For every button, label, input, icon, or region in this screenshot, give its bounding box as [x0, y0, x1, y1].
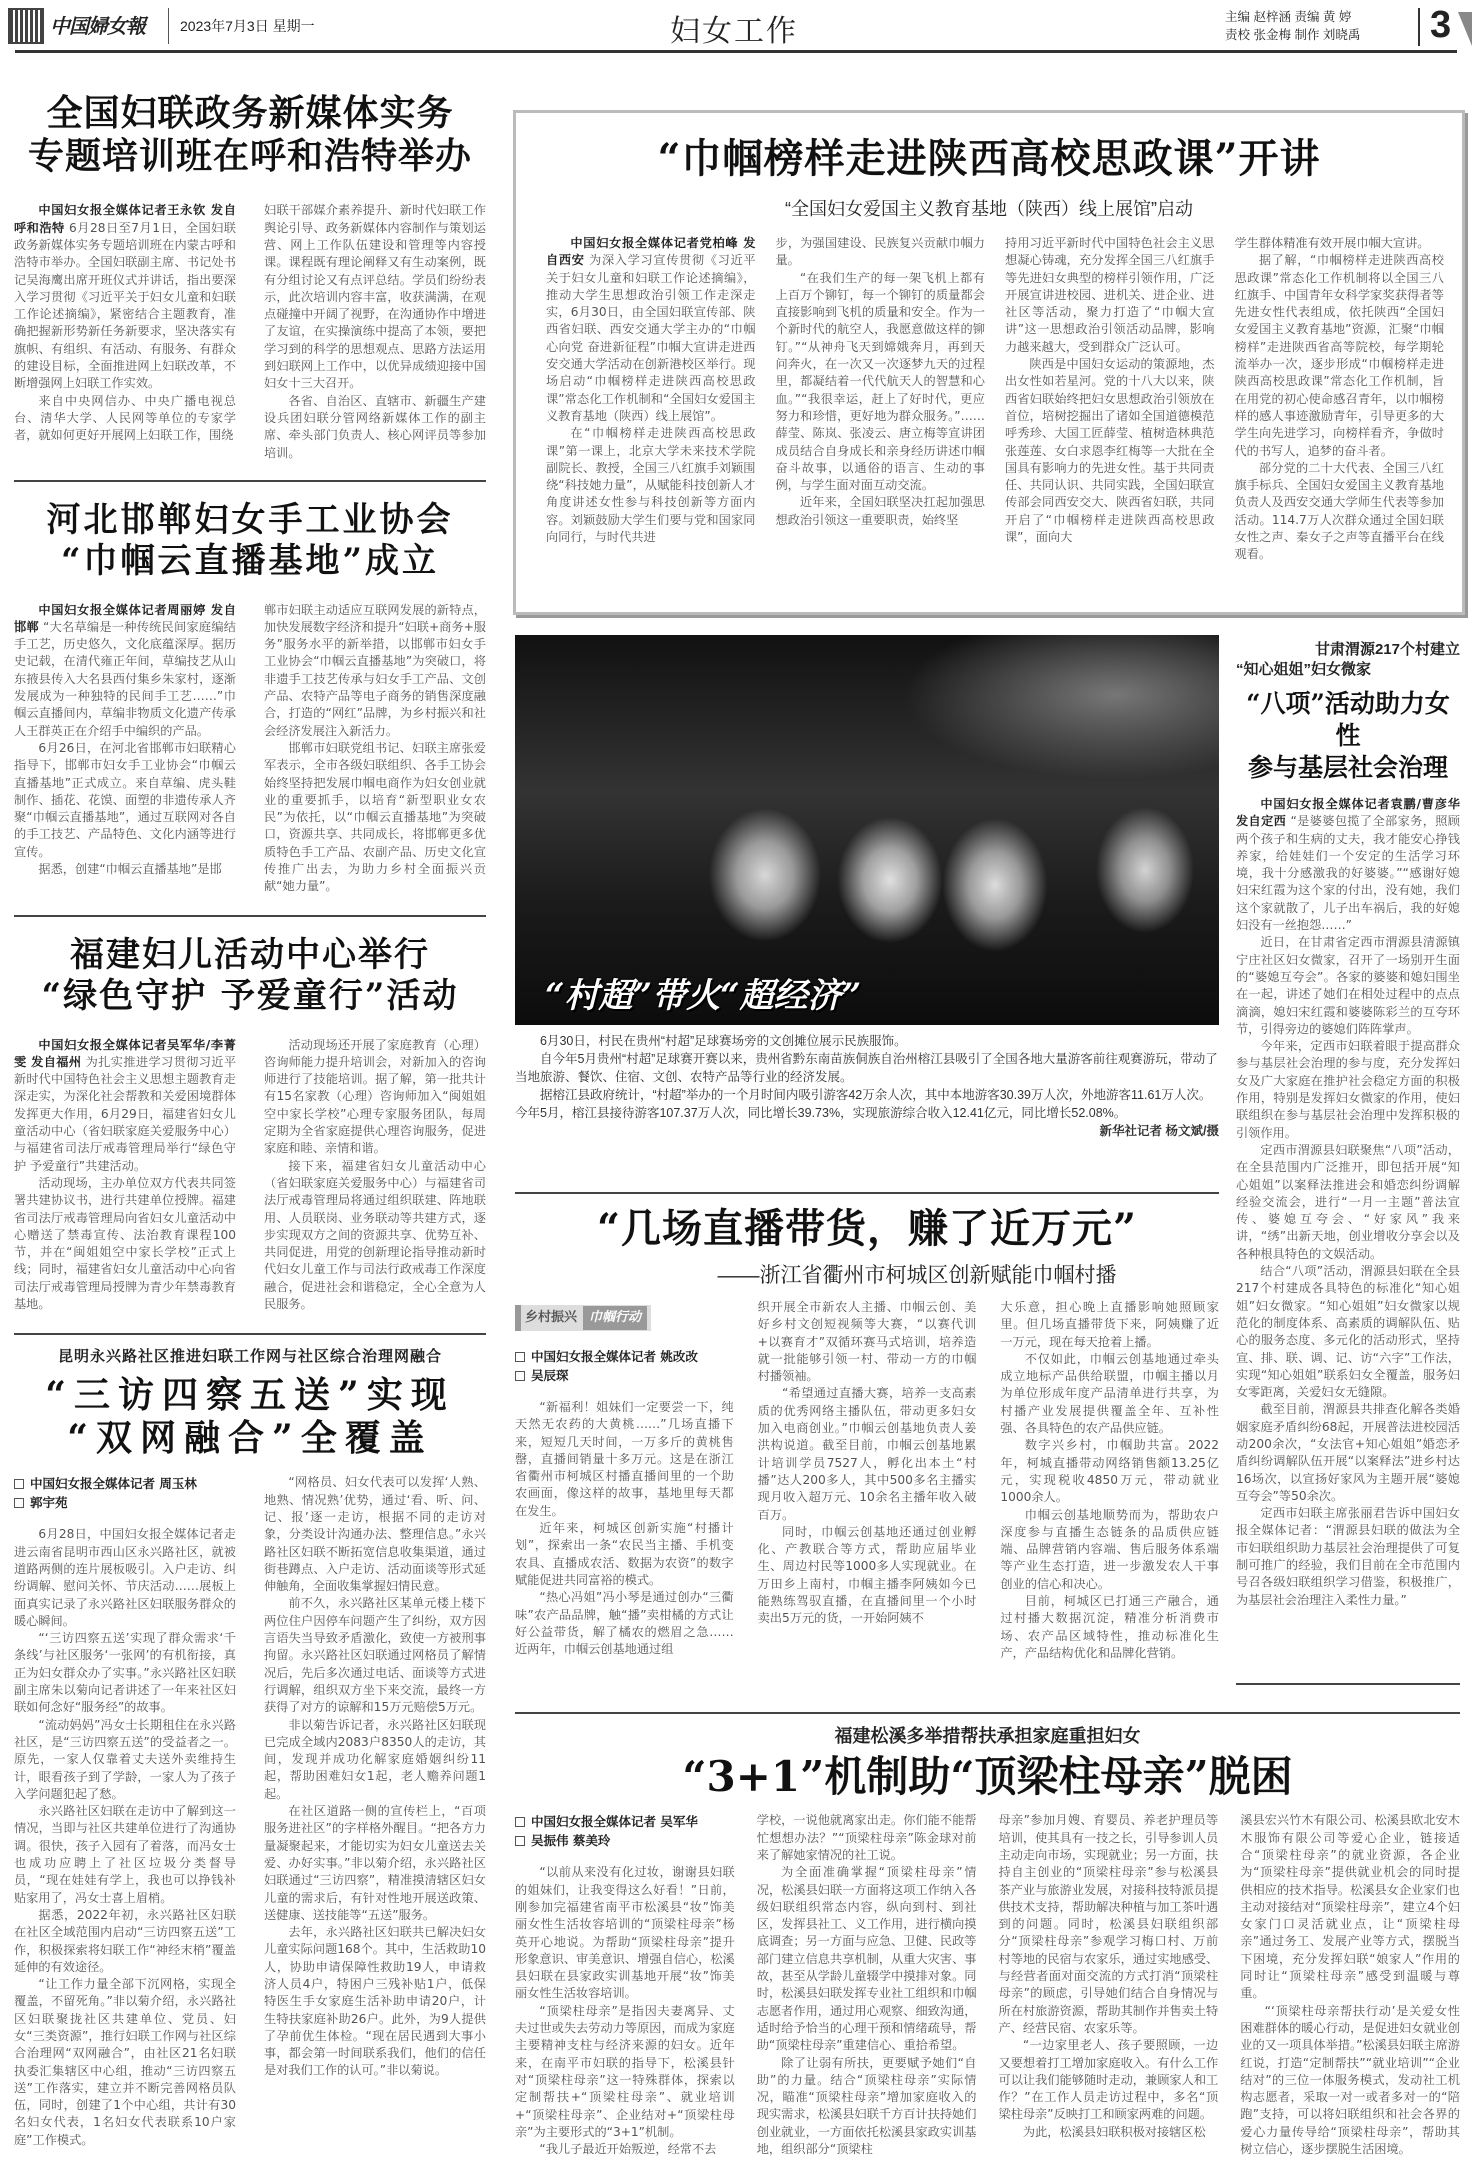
article-body: 中国妇女报全媒体记者袁鹏/曹彦华 发自定西 “是婆婆包揽了全部家务，照顾两个孩子… [1236, 796, 1460, 1609]
article-songxi-pillar-mothers: 福建松溪多举措帮扶承担家庭重担妇女 “3+1”机制助“顶梁柱母亲”脱困 中国妇女… [515, 1722, 1460, 2158]
section-divider [14, 1333, 486, 1335]
article-body: 中国妇女报全媒体记者王永钦 发自呼和浩特 6月28日至7月1日，全国妇联政务新媒… [14, 202, 486, 461]
issue-date: 2023年7月3日 星期一 [180, 16, 315, 36]
masthead-rule [15, 50, 1457, 53]
byline: 中国妇女报全媒体记者 吴军华 [515, 1812, 735, 1831]
headline: 河北邯郸妇女手工业协会 “巾帼云直播基地”成立 [14, 500, 486, 582]
section-divider [515, 1192, 1219, 1194]
byline: 中国妇女报全媒体记者 周玉林 [14, 1474, 236, 1493]
divider [168, 8, 169, 44]
photo-headline: “村超”带火“超经济” [545, 968, 861, 1017]
article-women-federation-media-training: 全国妇联政务新媒体实务 专题培训班在呼和浩特举办 中国妇女报全媒体记者王永钦 发… [14, 92, 486, 462]
headline: “三访四察五送”实现 “双网融合”全覆盖 [14, 1374, 486, 1460]
byline: 吴辰琛 [515, 1366, 734, 1385]
byline: 吴振伟 蔡美玲 [515, 1831, 735, 1850]
section-title: 妇女工作 [670, 6, 798, 50]
article-body: 中国妇女报全媒体记者党柏峰 发自西安 为深入学习宣传贯彻《习近平关于妇女儿童和妇… [516, 221, 1462, 564]
photo-credit: 新华社记者 杨文斌/摄 [515, 1122, 1219, 1140]
headline: 全国妇联政务新媒体实务 专题培训班在呼和浩特举办 [14, 92, 486, 178]
kicker: 甘肃渭源217个村建立 “知心姐姐”妇女微家 [1236, 640, 1460, 680]
village-super-league-photo: “村超”带火“超经济” [515, 635, 1219, 1025]
divider [1418, 8, 1420, 46]
headline: “巾帼榜样走进陕西高校思政课”开讲 [516, 135, 1462, 183]
article-handan-livestream-base: 河北邯郸妇女手工业协会 “巾帼云直播基地”成立 中国妇女报全媒体记者周丽婷 发自… [14, 500, 486, 896]
section-divider [1236, 1683, 1460, 1685]
article-quzhou-livestream: “几场直播带货，赚了近万元” ——浙江省衢州市柯城区创新赋能巾帼村播 乡村振兴 … [515, 1205, 1219, 1662]
kicker: 福建松溪多举措帮扶承担家庭重担妇女 [515, 1722, 1460, 1748]
article-body: 乡村振兴 巾帼行动 中国妇女报全媒体记者 姚改改 吴辰琛 “新福利！姐妹们一定要… [515, 1299, 1219, 1662]
article-body: 中国妇女报全媒体记者吴军华/李菁雯 发自福州 为扎实推进学习贯彻习近平新时代中国… [14, 1037, 486, 1314]
corner-triangle-icon [1458, 12, 1472, 46]
photo-caption: 6月30日，村民在贵州“村超”足球赛场旁的文创摊位展示民族服饰。 自今年5月贵州… [515, 1032, 1219, 1140]
article-body: 中国妇女报全媒体记者 吴军华 吴振伟 蔡美玲 “以前从来没有化过妆，谢谢县妇联的… [515, 1812, 1460, 2158]
section-divider [14, 915, 486, 917]
page-number: 3 [1430, 4, 1451, 47]
headline: “八项”活动助力女性 参与基层社会治理 [1236, 688, 1460, 784]
subheadline: “全国妇女爱国主义教育基地（陕西）线上展馆”启动 [516, 195, 1462, 221]
newspaper-logo: 中国婦女報 [50, 10, 145, 39]
section-divider [515, 1712, 1460, 1714]
headline: 福建妇儿活动中心举行 “绿色守护 予爱童行”活动 [14, 935, 486, 1017]
headline: “几场直播带货，赚了近万元” [515, 1205, 1219, 1253]
article-fujian-children-center: 福建妇儿活动中心举行 “绿色守护 予爱童行”活动 中国妇女报全媒体记者吴军华/李… [14, 935, 486, 1313]
article-body: 中国妇女报全媒体记者周丽婷 发自邯郸 “大名草编是一种传统民间家庭编结手工艺，历… [14, 602, 486, 896]
article-body: 中国妇女报全媒体记者 周玉林 郭宇苑 6月28日，中国妇女报全媒体记者走进云南省… [14, 1474, 486, 2149]
kicker: 昆明永兴路社区推进妇联工作网与社区综合治理网融合 [14, 1345, 486, 1366]
headline: “3+1”机制助“顶梁柱母亲”脱困 [515, 1752, 1460, 1802]
subheadline: ——浙江省衢州市柯城区创新赋能巾帼村播 [515, 1259, 1219, 1289]
column-tag: 乡村振兴 巾帼行动 [515, 1305, 651, 1331]
article-gansu-eight-activities: 甘肃渭源217个村建立 “知心姐姐”妇女微家 “八项”活动助力女性 参与基层社会… [1236, 640, 1460, 1609]
qr-code-icon [8, 8, 44, 44]
article-kunming-dual-network: 昆明永兴路社区推进妇联工作网与社区综合治理网融合 “三访四察五送”实现 “双网融… [14, 1345, 486, 2149]
byline: 中国妇女报全媒体记者 姚改改 [515, 1347, 734, 1366]
section-divider [14, 480, 486, 482]
article-shaanxi-role-models-box: “巾帼榜样走进陕西高校思政课”开讲 “全国妇女爱国主义教育基地（陕西）线上展馆”… [513, 110, 1465, 615]
byline: 郭宇苑 [14, 1493, 236, 1512]
editors-credit: 主编 赵梓涵 责编 黄 婷 责校 张金梅 制作 刘晓禹 [1225, 8, 1360, 44]
masthead: 中国婦女報 2023年7月3日 星期一 妇女工作 主编 赵梓涵 责编 黄 婷 责… [0, 0, 1472, 56]
